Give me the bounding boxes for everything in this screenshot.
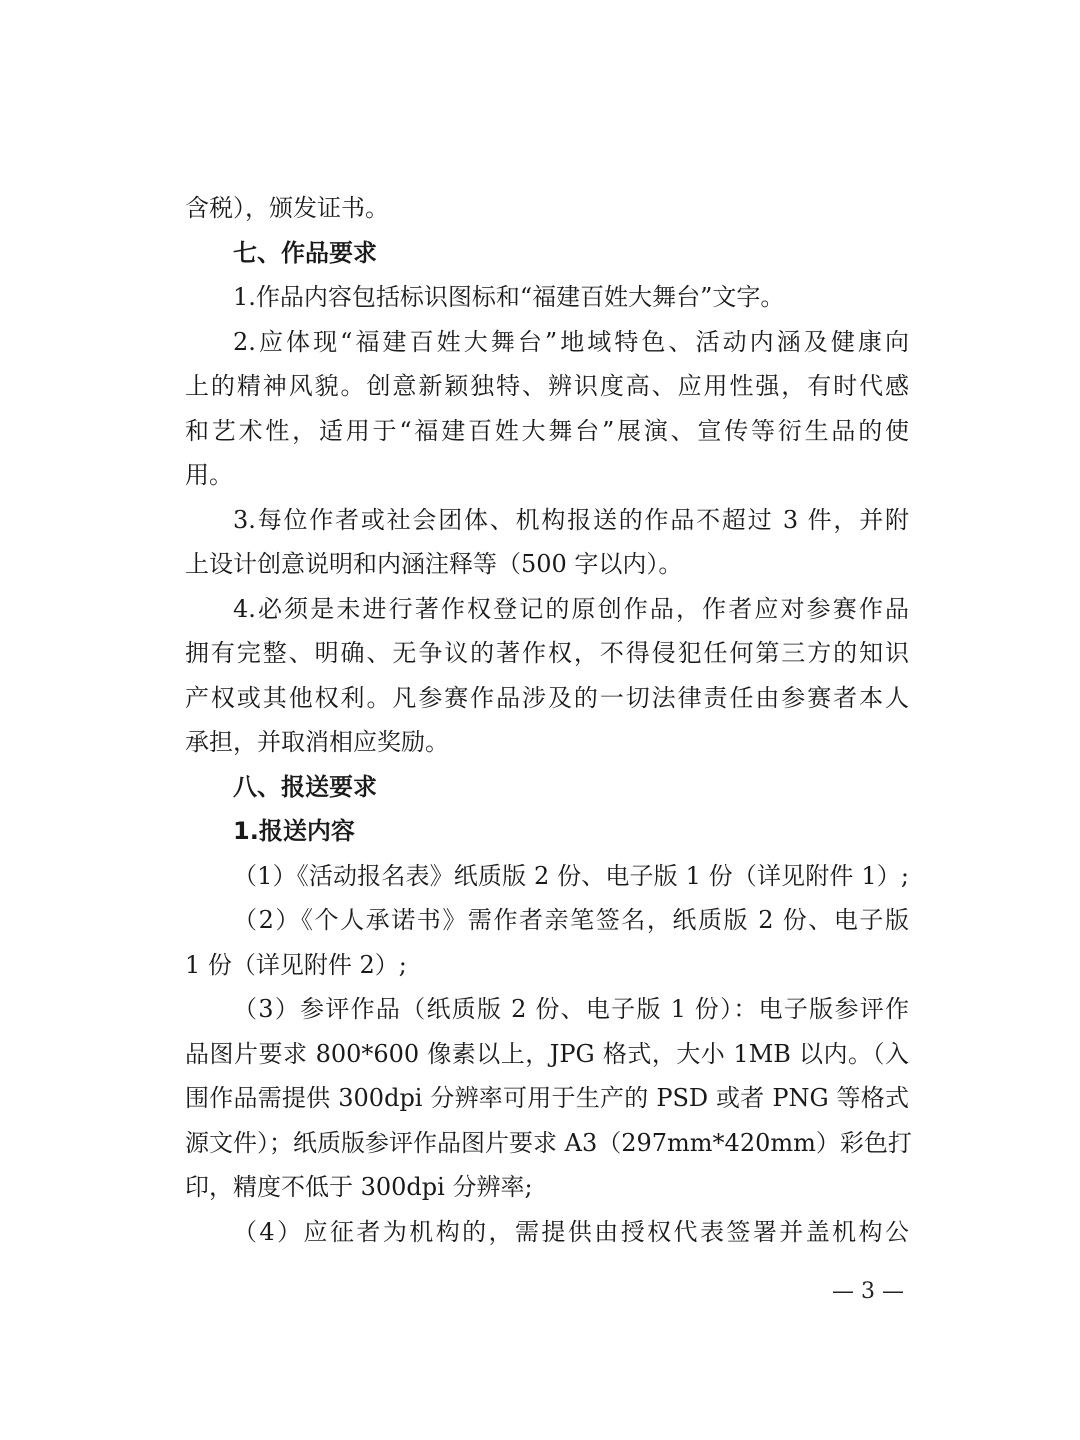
requirement-4-line-1: 4.必须是未进行著作权登记的原创作品，作者应对参赛作品 xyxy=(233,587,909,631)
scan-artifact xyxy=(80,0,96,6)
requirement-4-line-2: 拥有完整、明确、无争议的著作权，不得侵犯任何第三方的知识 xyxy=(185,631,909,675)
document-page: 含税），颁发证书。 七、作品要求 1.作品内容包括标识图标和“福建百姓大舞台”文… xyxy=(0,0,1080,1440)
requirement-1: 1.作品内容包括标识图标和“福建百姓大舞台”文字。 xyxy=(233,275,909,319)
requirement-2-line-3: 和艺术性，适用于“福建百姓大舞台”展演、宣传等衍生品的使 xyxy=(185,409,909,453)
paragraph-continuation: 含税），颁发证书。 xyxy=(185,186,909,230)
submission-item-2-line-1: （2）《个人承诺书》需作者亲笔签名，纸质版 2 份、电子版 xyxy=(233,898,909,942)
submission-item-4-line-1: （4）应征者为机构的，需提供由授权代表签署并盖机构公 xyxy=(233,1210,909,1254)
submission-item-1: （1）《活动报名表》纸质版 2 份、电子版 1 份（详见附件 1）; xyxy=(233,854,909,898)
submission-item-3-line-5: 印，精度不低于 300dpi 分辨率; xyxy=(185,1165,909,1209)
submission-item-3-line-2: 品图片要求 800*600 像素以上，JPG 格式，大小 1MB 以内。（入 xyxy=(185,1032,909,1076)
submission-item-3-line-1: （3）参评作品（纸质版 2 份、电子版 1 份）：电子版参评作 xyxy=(233,987,909,1031)
requirement-3-line-2: 上设计创意说明和内涵注释等（500 字以内）。 xyxy=(185,542,909,586)
requirement-4-line-4: 承担，并取消相应奖励。 xyxy=(185,720,909,764)
submission-item-3-line-3: 围作品需提供 300dpi 分辨率可用于生产的 PSD 或者 PNG 等格式 xyxy=(185,1076,909,1120)
submission-item-2-line-2: 1 份（详见附件 2）; xyxy=(185,943,909,987)
requirement-3-line-1: 3.每位作者或社会团体、机构报送的作品不超过 3 件，并附 xyxy=(233,498,909,542)
requirement-4-line-3: 产权或其他权利。凡参赛作品涉及的一切法律责任由参赛者本人 xyxy=(185,676,909,720)
subsection-heading-1: 1.报送内容 xyxy=(233,809,909,853)
submission-item-3-line-4: 源文件）；纸质版参评作品图片要求 A3（297mm*420mm）彩色打 xyxy=(185,1121,909,1165)
requirement-2-line-4: 用。 xyxy=(185,453,909,497)
requirement-2-line-1: 2.应体现“福建百姓大舞台”地域特色、活动内涵及健康向 xyxy=(233,320,909,364)
requirement-2-line-2: 上的精神风貌。创意新颖独特、辨识度高、应用性强，有时代感 xyxy=(185,364,909,408)
section-heading-8: 八、报送要求 xyxy=(233,765,909,809)
section-heading-7: 七、作品要求 xyxy=(233,231,909,275)
page-number: — 3 — xyxy=(826,1277,910,1307)
